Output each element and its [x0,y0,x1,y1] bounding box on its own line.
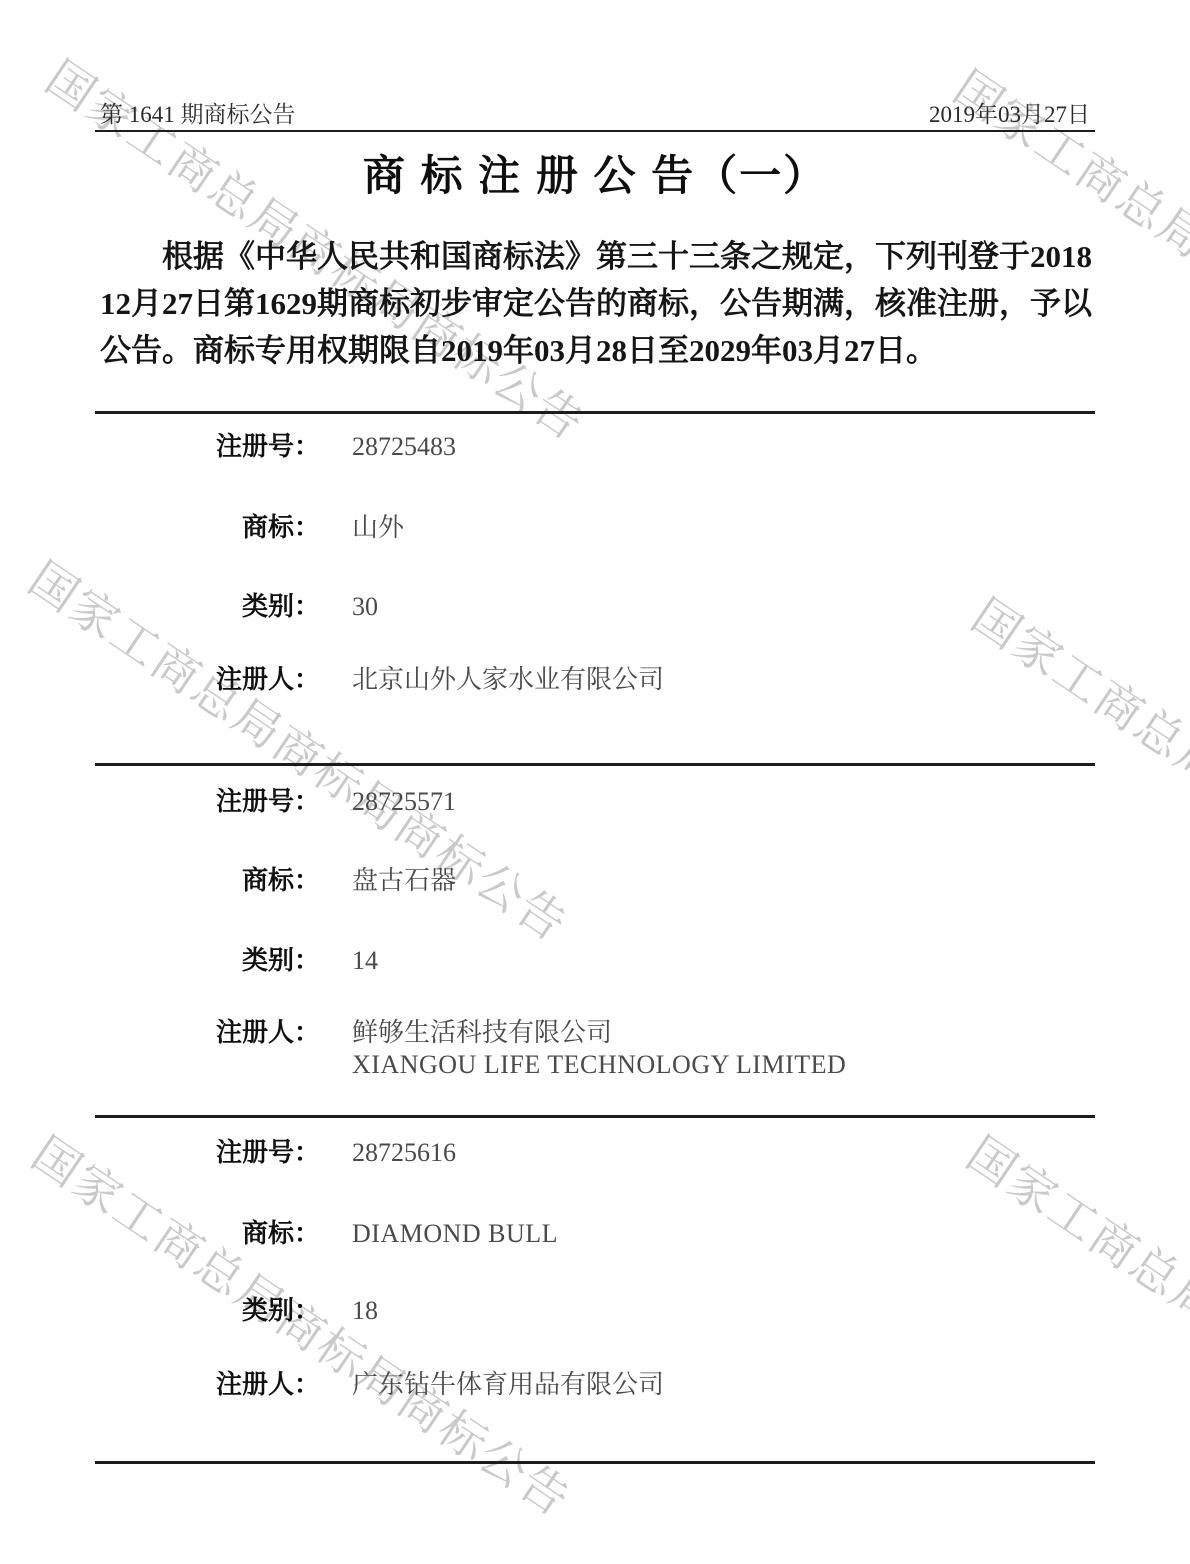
page-title: 商 标 注 册 公 告（一） [0,143,1190,203]
field-row: 注册号： 28725616 [95,1132,456,1166]
field-label: 注册人： [95,1012,320,1049]
field-label: 类别： [95,1290,320,1327]
field-label: 注册号： [95,1132,320,1169]
watermark-text: 国家工商总局商标局商标公告 [956,1118,1190,1530]
field-value: 北京山外人家水业有限公司 [352,659,664,696]
field-value: 盘古石器 [352,860,456,897]
field-label: 商标： [95,860,320,897]
field-row: 注册号： 28725483 [95,426,456,460]
field-row: 商标： DIAMOND BULL [95,1213,558,1247]
field-value: 14 [352,946,378,976]
section-separator [95,763,1095,766]
gazette-page: 国家工商总局商标局商标公告 国家工商总局商标局商标公告 国家工商总局商标局商标公… [0,0,1190,1564]
field-label: 商标： [95,507,320,544]
field-row: 商标： 山外 [95,507,404,541]
registrant-english-name: XIANGOU LIFE TECHNOLOGY LIMITED [352,1050,846,1080]
field-row: 注册号： 28725571 [95,781,456,815]
field-row: 注册人： 广东钻牛体育用品有限公司 [95,1364,664,1398]
field-label: 类别： [95,940,320,977]
header-rule [95,130,1095,132]
field-label: 类别： [95,586,320,623]
section-separator [95,411,1095,414]
field-label: 商标： [95,1213,320,1250]
field-value: 18 [352,1296,378,1326]
intro-line: 12月27日第1629期商标初步审定公告的商标，公告期满，核准注册，予以 [100,280,1092,327]
field-row: 注册人： 北京山外人家水业有限公司 [95,659,664,693]
field-value: 30 [352,592,378,622]
field-value: 山外 [352,507,404,544]
intro-line: 根据《中华人民共和国商标法》第三十三条之规定，下列刊登于2018年 [100,233,1092,280]
field-row: 注册人： 鲜够生活科技有限公司 [95,1012,612,1046]
field-label: 注册号： [95,781,320,818]
watermark-text: 国家工商总局商标局商标公告 [961,580,1190,992]
field-value: 28725616 [352,1138,456,1168]
field-row: 类别： 30 [95,586,378,620]
field-label: 注册号： [95,426,320,463]
field-value: 广东钻牛体育用品有限公司 [352,1364,664,1401]
field-row: 商标： 盘古石器 [95,860,456,894]
intro-paragraph: 根据《中华人民共和国商标法》第三十三条之规定，下列刊登于2018年 12月27日… [100,233,1092,374]
header-date: 2019年03月27日 [929,96,1090,129]
field-row: 类别： 18 [95,1290,378,1324]
field-value: 鲜够生活科技有限公司 [352,1012,612,1049]
section-separator [95,1461,1095,1464]
field-label: 注册人： [95,1364,320,1401]
intro-line: 公告。商标专用权期限自2019年03月28日至2029年03月27日。 [100,327,1092,374]
field-value: 28725571 [352,787,456,817]
section-separator [95,1115,1095,1118]
field-value: DIAMOND BULL [352,1219,558,1249]
field-value: 28725483 [352,432,456,462]
field-row: 类别： 14 [95,940,378,974]
field-label: 注册人： [95,659,320,696]
header-issue: 第 1641 期商标公告 [100,96,296,129]
